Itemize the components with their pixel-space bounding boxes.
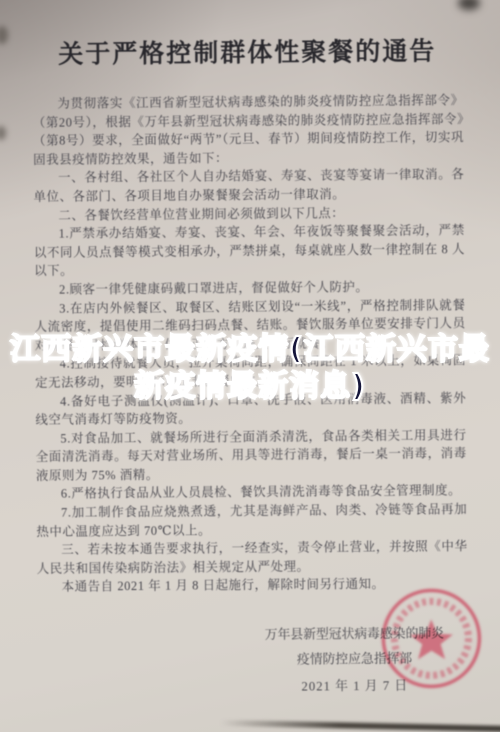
paragraph-item-1: 一、各村组、各社区个人自办结婚宴、寿宴、丧宴等宴请一律取消。各单位、各部门、各项… [33, 165, 464, 206]
overlay-caption: 江西新兴市最新疫情(江西新兴市最 新疫情最新消息) [0, 331, 500, 405]
paragraph-preamble: 为贯彻落实《江西省新型冠状病毒感染的肺炎疫情防控应急指挥部令》（第20号），根据… [33, 91, 465, 169]
paragraph-item-3: 三、若未按本通告要求执行，一经查实，责令停止营业，并按照《中华人民共和国传染病防… [37, 537, 468, 578]
paragraph-item-2-1: 1.严禁承办结婚宴、寿宴、丧宴、年会、年夜饭等聚餐聚会活动，严禁以不同人员点餐等… [34, 221, 465, 281]
notice-title: 关于严格控制群体性聚餐的通告 [0, 31, 497, 71]
official-seal-icon [379, 586, 484, 691]
paragraph-item-2-7: 7.加工制作食品应烧熟煮透，尤其是海鲜产品、肉类、冷链等食品再加热中心温度应达到… [36, 500, 467, 541]
photo-of-notice: 关于严格控制群体性聚餐的通告 为贯彻落实《江西省新型冠状病毒感染的肺炎疫情防控应… [0, 0, 500, 732]
overlay-caption-line-2: 新疫情最新消息) [0, 368, 500, 405]
overlay-caption-line-1: 江西新兴市最新疫情(江西新兴市最 [0, 331, 500, 368]
paragraph-item-2-5: 5.对食品加工、就餐场所进行全面消杀清洗，食品各类相关工用具进行全面清洗消毒。每… [36, 426, 467, 486]
